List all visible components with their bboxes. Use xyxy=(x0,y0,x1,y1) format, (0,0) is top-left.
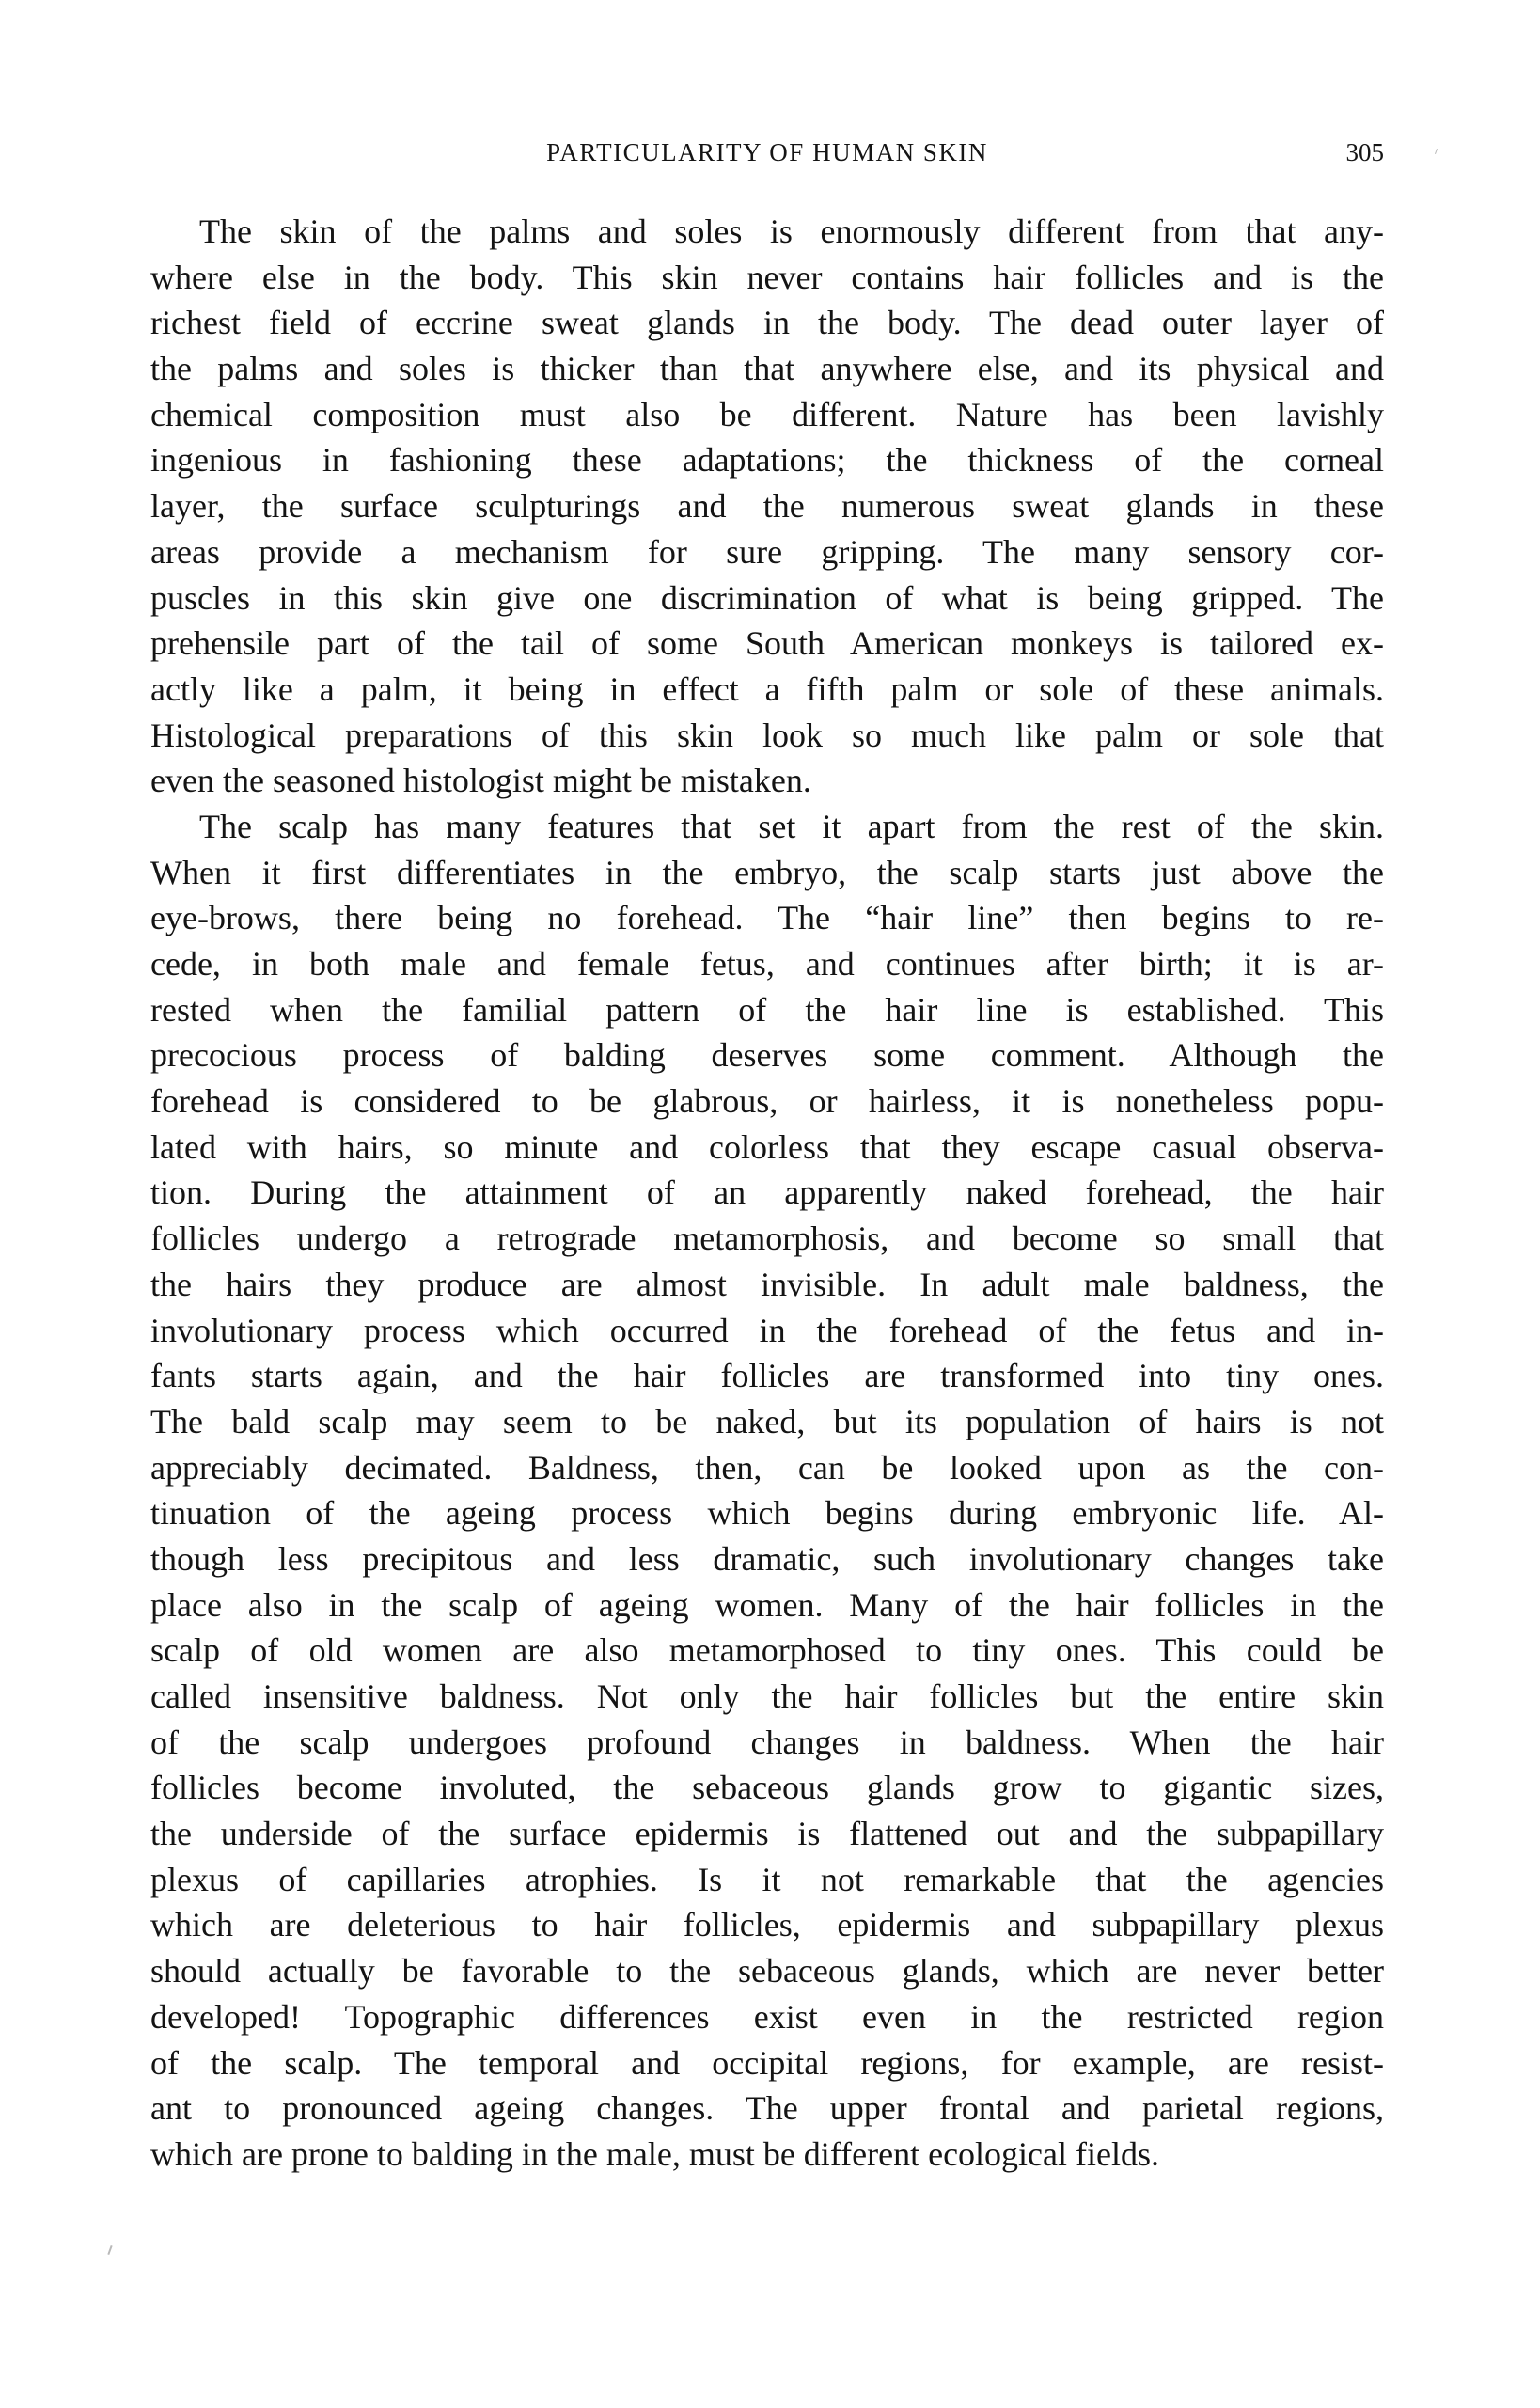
text-line: scalp of old women are also metamorphose… xyxy=(150,1628,1384,1674)
text-line: plexus of capillaries atrophies. Is it n… xyxy=(150,1857,1384,1903)
text-line: forehead is considered to be glabrous, o… xyxy=(150,1078,1384,1125)
body-text: The skin of the palms and soles is enorm… xyxy=(150,209,1384,2178)
book-page: PARTICULARITY OF HUMAN SKIN 305 The skin… xyxy=(0,0,1540,2408)
text-line: where else in the body. This skin never … xyxy=(150,255,1384,301)
text-line: which are prone to balding in the male, … xyxy=(150,2132,1384,2178)
text-line: The bald scalp may seem to be naked, but… xyxy=(150,1399,1384,1445)
text-line: follicles undergo a retrograde metamorph… xyxy=(150,1216,1384,1262)
paragraph-palms-soles: The skin of the palms and soles is enorm… xyxy=(150,209,1384,804)
text-line: ingenious in fashioning these adaptation… xyxy=(150,437,1384,483)
text-line: follicles become involuted, the sebaceou… xyxy=(150,1765,1384,1811)
text-line: The scalp has many features that set it … xyxy=(150,804,1384,850)
text-line: puscles in this skin give one discrimina… xyxy=(150,575,1384,622)
text-line: eye-brows, there being no forehead. The … xyxy=(150,895,1384,941)
text-line: prehensile part of the tail of some Sout… xyxy=(150,621,1384,667)
text-line: even the seasoned histologist might be m… xyxy=(150,758,1384,804)
text-line: of the scalp undergoes profound changes … xyxy=(150,1720,1384,1766)
running-title: PARTICULARITY OF HUMAN SKIN xyxy=(150,134,1384,171)
scan-speck xyxy=(1435,149,1438,154)
text-line: areas provide a mechanism for sure gripp… xyxy=(150,529,1384,575)
page-number: 305 xyxy=(1346,134,1385,171)
text-line: precocious process of balding deserves s… xyxy=(150,1032,1384,1078)
text-line: tion. During the attainment of an appare… xyxy=(150,1170,1384,1216)
text-line: ant to pronounced ageing changes. The up… xyxy=(150,2085,1384,2132)
scan-speck xyxy=(107,2245,112,2255)
text-line: richest field of eccrine sweat glands in… xyxy=(150,300,1384,346)
text-line: developed! Topographic differences exist… xyxy=(150,1994,1384,2040)
text-line: When it first differentiates in the embr… xyxy=(150,850,1384,896)
text-line: chemical composition must also be differ… xyxy=(150,392,1384,438)
text-line: which are deleterious to hair follicles,… xyxy=(150,1902,1384,1948)
text-line: should actually be favorable to the seba… xyxy=(150,1948,1384,1994)
text-line: though less precipitous and less dramati… xyxy=(150,1536,1384,1582)
text-line: place also in the scalp of ageing women.… xyxy=(150,1582,1384,1629)
text-line: layer, the surface sculpturings and the … xyxy=(150,483,1384,529)
text-line: cede, in both male and female fetus, and… xyxy=(150,941,1384,987)
running-header: PARTICULARITY OF HUMAN SKIN 305 xyxy=(150,134,1384,171)
text-line: lated with hairs, so minute and colorles… xyxy=(150,1125,1384,1171)
text-line: involutionary process which occurred in … xyxy=(150,1308,1384,1354)
text-line: tinuation of the ageing process which be… xyxy=(150,1490,1384,1536)
text-line: the underside of the surface epidermis i… xyxy=(150,1811,1384,1857)
paragraph-scalp: The scalp has many features that set it … xyxy=(150,804,1384,2178)
text-line: The skin of the palms and soles is enorm… xyxy=(150,209,1384,255)
text-line: appreciably decimated. Baldness, then, c… xyxy=(150,1445,1384,1491)
text-line: of the scalp. The temporal and occipital… xyxy=(150,2040,1384,2086)
text-line: the hairs they produce are almost invisi… xyxy=(150,1262,1384,1308)
text-line: rested when the familial pattern of the … xyxy=(150,987,1384,1033)
text-line: fants starts again, and the hair follicl… xyxy=(150,1353,1384,1399)
text-line: the palms and soles is thicker than that… xyxy=(150,346,1384,392)
text-line: called insensitive baldness. Not only th… xyxy=(150,1674,1384,1720)
text-line: Histological preparations of this skin l… xyxy=(150,713,1384,759)
text-line: actly like a palm, it being in effect a … xyxy=(150,667,1384,713)
